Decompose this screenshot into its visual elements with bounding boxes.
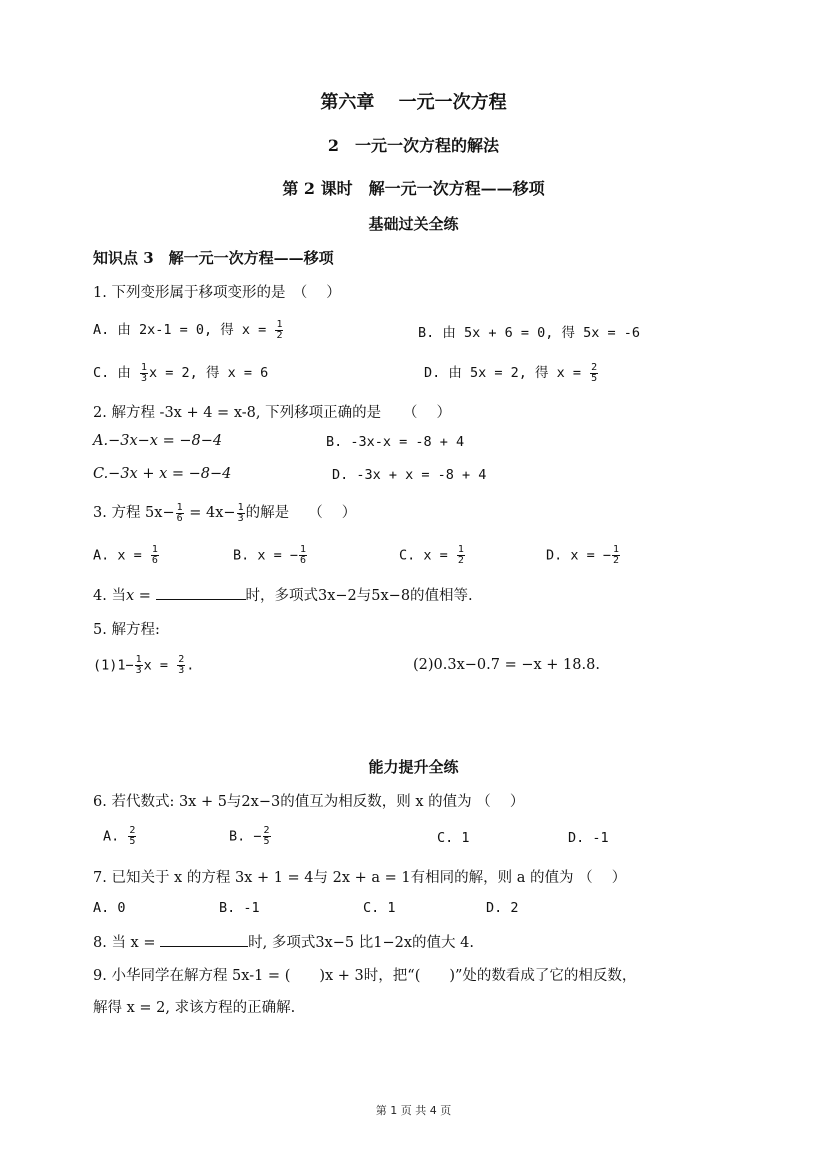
question-7-stem: 7. 已知关于 x 的方程 3x + 1 = 4与 2x + a = 1有相同的…	[93, 866, 626, 887]
question-1-option-c: C. 由 13x = 2, 得 x = 6	[93, 361, 268, 384]
option-text: A. x =	[93, 548, 150, 564]
denominator: 5	[263, 837, 271, 847]
question-2-option-d: D. -3x + x = -8 + 4	[332, 467, 486, 483]
question-6-option-b: B. −25	[229, 826, 272, 847]
denominator: 5	[590, 374, 598, 384]
question-6-option-c: C. 1	[437, 830, 470, 846]
question-2-stem: 2. 解方程 -3x + 4 = x-8, 下列移项正确的是 （ ）	[93, 401, 451, 422]
denominator: 6	[151, 556, 159, 566]
question-1-option-a: A. 由 2x-1 = 0, 得 x = 12	[93, 318, 284, 341]
numerator: 1	[140, 363, 148, 374]
denominator: 3	[140, 374, 148, 384]
fraction: 13	[237, 503, 245, 524]
question-text: 时，多项式3x−2与5x−8的值相等.	[246, 588, 473, 604]
option-text: A.	[103, 829, 127, 845]
fraction: 25	[590, 363, 598, 384]
numerator: 2	[590, 363, 598, 374]
stem-text: = 4x−	[185, 505, 236, 521]
fraction: 16	[151, 545, 159, 566]
question-8: 8. 当 x = 时, 多项式3x−5 比1−2x的值大 4.	[93, 931, 474, 952]
denominator: 5	[128, 837, 136, 847]
numerator: 1	[176, 503, 184, 514]
equation-text: .	[186, 658, 194, 674]
question-5-part-1: (1)1−13x = 23.	[93, 655, 194, 676]
basic-heading: 基础过关全练	[0, 213, 827, 234]
question-9-line-2: 解得 x = 2, 求该方程的正确解.	[93, 996, 295, 1017]
question-5-part-2: (2)0.3x−0.7 = −x + 18.8.	[413, 657, 600, 673]
equation-text: (1)1−	[93, 658, 134, 674]
denominator: 6	[176, 514, 184, 524]
chapter-title: 第六章 一元一次方程	[0, 88, 827, 114]
equation-text: x =	[144, 658, 177, 674]
denominator: 3	[135, 666, 143, 676]
option-text: x = 2, 得 x = 6	[149, 365, 268, 381]
question-1-option-b: B. 由 5x + 6 = 0, 得 5x = -6	[418, 321, 640, 341]
numerator: 1	[237, 503, 245, 514]
question-7-option-b: B. -1	[219, 900, 260, 916]
fraction: 23	[177, 655, 185, 676]
option-text: B. −	[229, 829, 262, 845]
question-9-line-1: 9. 小华同学在解方程 5x-1 = ( )x + 3时，把“( )”处的数看成…	[93, 964, 636, 985]
question-3-option-b: B. x = −16	[233, 545, 308, 566]
fraction: 13	[135, 655, 143, 676]
fraction: 16	[299, 545, 307, 566]
fraction: 25	[128, 826, 136, 847]
option-text: B. x = −	[233, 548, 298, 564]
question-text: 4. 当	[93, 588, 126, 604]
knowledge-point: 知识点 3 解一元一次方程——移项	[93, 247, 334, 268]
denominator: 2	[457, 556, 465, 566]
fraction: 12	[275, 320, 283, 341]
denominator: 6	[299, 556, 307, 566]
question-3-option-d: D. x = −12	[546, 545, 621, 566]
option-text: D. x = −	[546, 548, 611, 564]
numerator: 1	[275, 320, 283, 331]
question-6-stem: 6. 若代数式: 3x + 5与2x−3的值互为相反数，则 x 的值为 （ ）	[93, 790, 524, 811]
denominator: 2	[612, 556, 620, 566]
fraction: 12	[457, 545, 465, 566]
question-3-option-a: A. x = 16	[93, 545, 160, 566]
question-text: 8. 当 x =	[93, 935, 160, 951]
question-text: 时, 多项式3x−5 比1−2x的值大 4.	[248, 935, 474, 951]
question-7-option-a: A. 0	[93, 900, 126, 916]
question-4: 4. 当x = 时，多项式3x−2与5x−8的值相等.	[93, 584, 473, 605]
stem-text: 3. 方程 5x−	[93, 505, 175, 521]
section-title: 2 一元一次方程的解法	[0, 133, 827, 156]
question-2-option-b: B. -3x-x = -8 + 4	[326, 434, 464, 450]
answer-blank[interactable]	[160, 934, 248, 947]
question-6-option-d: D. -1	[568, 830, 609, 846]
variable: x =	[126, 588, 156, 604]
question-6-option-a: A. 25	[103, 826, 137, 847]
stem-text: 的解是 （ ）	[246, 505, 357, 521]
question-7-option-d: D. 2	[486, 900, 519, 916]
fraction: 16	[176, 503, 184, 524]
question-1-option-d: D. 由 5x = 2, 得 x = 25	[424, 361, 599, 384]
option-text: D. 由 5x = 2, 得 x =	[424, 365, 589, 381]
question-7-option-c: C. 1	[363, 900, 396, 916]
option-text: C. x =	[399, 548, 456, 564]
option-text: C. 由	[93, 365, 139, 381]
denominator: 2	[275, 331, 283, 341]
denominator: 3	[177, 666, 185, 676]
page-number: 第 1 页 共 4 页	[0, 1102, 827, 1118]
question-5-stem: 5. 解方程:	[93, 618, 160, 639]
question-1-stem: 1. 下列变形属于移项变形的是 （ ）	[93, 281, 341, 302]
question-3-stem: 3. 方程 5x−16 = 4x−13的解是 （ ）	[93, 501, 356, 524]
question-2-option-c: C.−3x + x = −8−4	[93, 466, 231, 482]
fraction: 12	[612, 545, 620, 566]
option-text: A. 由 2x-1 = 0, 得 x =	[93, 322, 274, 338]
advanced-heading: 能力提升全练	[0, 756, 827, 777]
fraction: 13	[140, 363, 148, 384]
question-2-option-a: A.−3x−x = −8−4	[93, 433, 222, 449]
fraction: 25	[263, 826, 271, 847]
denominator: 3	[237, 514, 245, 524]
question-3-option-c: C. x = 12	[399, 545, 466, 566]
lesson-title: 第 2 课时 解一元一次方程——移项	[0, 176, 827, 199]
answer-blank[interactable]	[156, 587, 246, 600]
